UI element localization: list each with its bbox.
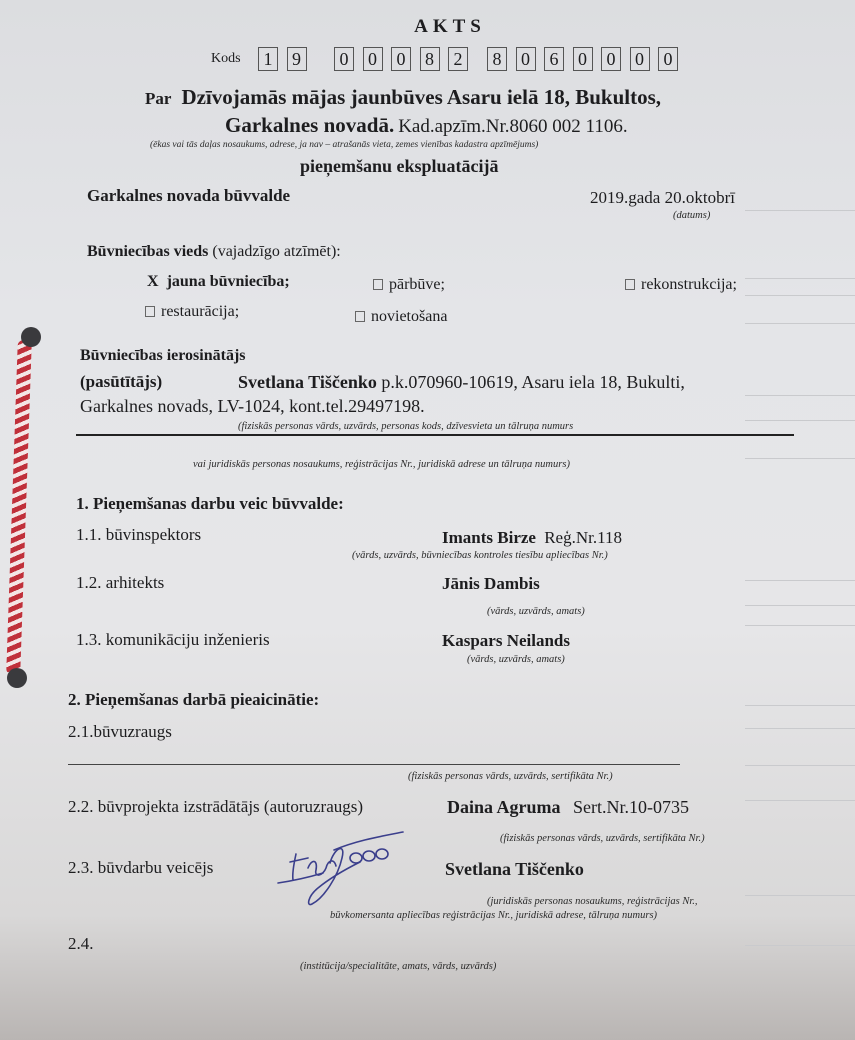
initiator-line-2: Garkalnes novads, LV-1024, kont.tel.2949… [80,396,425,417]
date-note: (datums) [673,210,710,221]
initiator-label: Būvniecības ierosinātājs [80,347,246,365]
punch-hole-bottom [7,668,27,688]
item-2-4-note: (institūcija/specialitāte, amats, vārds,… [300,961,496,972]
item-1-3-note: (vārds, uzvārds, amats) [467,654,565,665]
subject-prefix: Par [145,89,171,108]
item-2-1-label: 2.1.būvuzraugs [68,722,172,742]
code-digit-box: 9 [287,47,307,71]
page-edge [745,895,855,896]
option-parbuve[interactable]: pārbūve; [373,276,445,294]
subject-title: Dzīvojamās mājas jaunbūves Asaru ielā 18… [181,85,661,109]
item-2-1-rule [68,764,680,765]
option-restauracija[interactable]: restaurācija; [145,303,239,321]
item-1-2-note: (vārds, uzvārds, amats) [487,606,585,617]
initiator-sublabel: (pasūtītājs) [80,372,162,392]
initiator-note-1: (fiziskās personas vārds, uzvārds, perso… [238,421,573,432]
page-edge [745,605,855,606]
page-edge [745,323,855,324]
code-digit-box: 8 [487,47,507,71]
item-2-4-label: 2.4. [68,934,94,954]
code-digit-box: 0 [391,47,411,71]
checkbox-icon [145,306,155,317]
initiator-note-2: vai juridiskās personas nosaukums, reģis… [193,459,570,470]
page-edge [745,800,855,801]
checked-mark: X [147,273,159,290]
punch-hole-top [21,327,41,347]
binding-string [6,340,32,675]
checkbox-icon [355,311,365,322]
option-jauna-buvnieciba[interactable]: X jauna būvniecība; [147,273,290,291]
initiator-name: Svetlana Tiščenko [238,372,377,392]
code-label: Kods [211,51,241,67]
page-edge [745,395,855,396]
code-digit-box: 0 [334,47,354,71]
page-edge [745,210,855,211]
page-edge [745,580,855,581]
designer-name: Daina Agruma [447,797,561,817]
subject-purpose: pieņemšanu ekspluatācijā [300,156,499,177]
code-digit-box: 0 [573,47,593,71]
designer-cert-number: Sert.Nr.10-0735 [573,797,689,817]
subject-municipality: Garkalnes novadā. [225,113,394,137]
page-edge [745,765,855,766]
checkbox-icon [625,279,635,290]
page-edge [745,705,855,706]
code-digit-box: 0 [601,47,621,71]
item-1-1-value: Imants Birze Reģ.Nr.118 [442,528,622,548]
item-2-1-note: (fiziskās personas vārds, uzvārds, serti… [408,771,613,782]
cadastre-number: Kad.apzīm.Nr.8060 002 1106. [398,116,627,137]
page-edge [745,295,855,296]
code-digit-box: 1 [258,47,278,71]
checkbox-icon [373,279,383,290]
page-edge [745,420,855,421]
item-2-2-label: 2.2. būvprojekta izstrādātājs (autoruzra… [68,797,363,817]
page-edge [745,625,855,626]
page-edge [745,945,855,946]
section-2-heading: 2. Pieņemšanas darbā pieaicinātie: [68,690,319,710]
code-digit-box: 2 [448,47,468,71]
code-digit-box: 8 [420,47,440,71]
inspector-reg-number: Reģ.Nr.118 [544,528,622,547]
page-edge [745,278,855,279]
item-1-1-label: 1.1. būvinspektors [76,525,201,545]
subject-line-1: Par Dzīvojamās mājas jaunbūves Asaru iel… [145,85,661,110]
initiator-line-1: Svetlana Tiščenko p.k.070960-10619, Asar… [238,372,685,393]
item-2-3-note-1: (juridiskās personas nosaukums, reģistrā… [487,896,698,907]
document-date: 2019.gada 20.oktobrī [590,188,735,208]
code-digit-box: 0 [630,47,650,71]
subject-line-2: Garkalnes novadā. Kad.apzīm.Nr.8060 002 … [225,113,628,138]
signature-icon [268,828,408,910]
construction-type-label: Būvniecības vieds (vajadzīgo atzīmēt): [87,243,341,261]
item-2-3-note-2: būvkomersanta apliecības reģistrācijas N… [330,910,657,921]
page-edge [745,728,855,729]
option-novietosana[interactable]: novietošana [355,308,447,326]
engineer-name: Kaspars Neilands [442,631,570,651]
initiator-rule [76,434,794,436]
page-edge [745,458,855,459]
subject-note: (ēkas vai tās daļas nosaukums, adrese, j… [150,140,538,150]
item-1-1-note: (vārds, uzvārds, būvniecības kontroles t… [352,550,608,561]
item-2-2-value: Daina Agruma Sert.Nr.10-0735 [447,797,689,818]
option-rekonstrukcija[interactable]: rekonstrukcija; [625,276,737,294]
item-1-2-label: 1.2. arhitekts [76,573,164,593]
inspector-name: Imants Birze [442,528,536,547]
code-digit-box: 0 [516,47,536,71]
architect-name: Jānis Dambis [442,574,540,594]
code-digit-box: 0 [363,47,383,71]
item-2-3-label: 2.3. būvdarbu veicējs [68,858,213,878]
item-1-3-label: 1.3. komunikāciju inženieris [76,630,270,650]
code-digit-box: 0 [658,47,678,71]
item-2-2-note: (fiziskās personas vārds, uzvārds, serti… [500,833,705,844]
document-title: AKTS [0,16,855,38]
code-digit-box: 6 [544,47,564,71]
section-1-heading: 1. Pieņemšanas darbu veic būvvalde: [76,494,344,514]
contractor-name: Svetlana Tiščenko [445,859,584,880]
initiator-details: p.k.070960-10619, Asaru iela 18, Bukulti… [381,372,684,392]
authority-name: Garkalnes novada būvvalde [87,186,290,206]
